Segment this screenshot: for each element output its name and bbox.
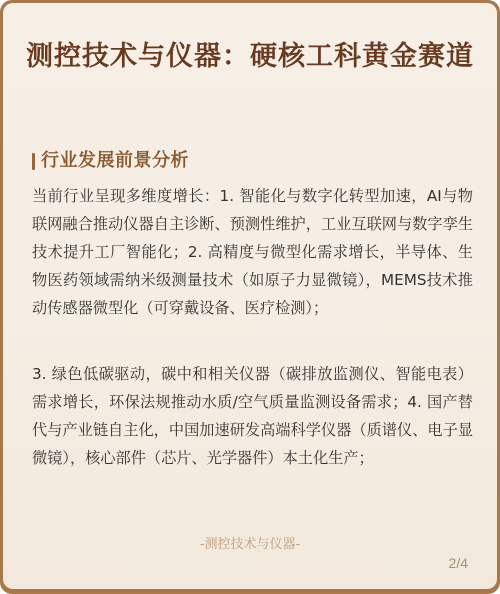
footer-label: -测控技术与仪器- bbox=[3, 533, 497, 552]
paragraph-1: 当前行业呈现多维度增长：1. 智能化与数字化转型加速，AI与物联网融合推动仪器自… bbox=[32, 182, 473, 322]
page-number: 2/4 bbox=[449, 555, 468, 571]
section-heading: 行业发展前景分析 bbox=[32, 149, 189, 173]
section-heading-text: 行业发展前景分析 bbox=[41, 149, 189, 173]
page-frame: 测控技术与仪器：硬核工科黄金赛道 行业发展前景分析 当前行业呈现多维度增长：1.… bbox=[0, 0, 500, 594]
heading-accent-bar-icon bbox=[32, 153, 35, 170]
content-card: 测控技术与仪器：硬核工科黄金赛道 行业发展前景分析 当前行业呈现多维度增长：1.… bbox=[3, 3, 497, 589]
page-title: 测控技术与仪器：硬核工科黄金赛道 bbox=[23, 39, 477, 75]
paragraph-2: 3. 绿色低碳驱动，碳中和相关仪器（碳排放监测仪、智能电表）需求增长，环保法规推… bbox=[32, 360, 473, 472]
